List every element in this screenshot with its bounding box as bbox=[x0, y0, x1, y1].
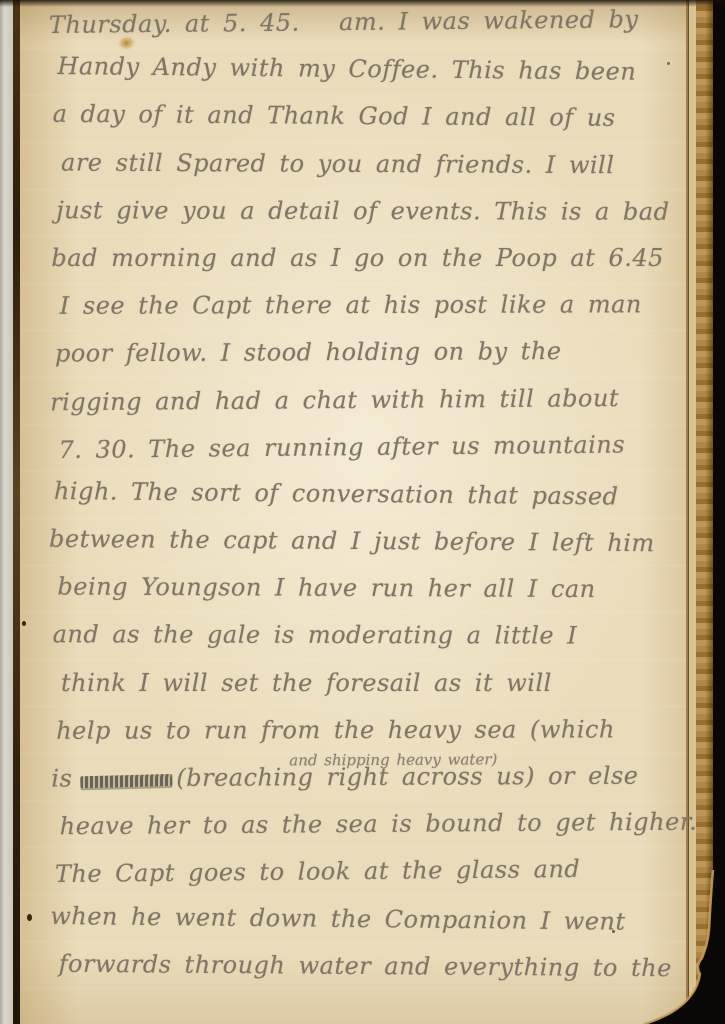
diary-line-text: Handy Andy with my Coffee. This has been bbox=[57, 52, 636, 86]
diary-line: forwards through water and everything to… bbox=[58, 949, 676, 1001]
diary-line-text: heave her to as the sea is bound to get … bbox=[60, 808, 698, 841]
diary-line-text: forwards through water and everything to… bbox=[59, 949, 672, 981]
diary-line-text: just give you a detail of events. This i… bbox=[56, 196, 669, 225]
diary-line-text: poor fellow. I stood holding on by the bbox=[55, 337, 562, 367]
diary-text: Thursday. at 5. 45. am. I was wakened by… bbox=[55, 8, 673, 999]
diary-line: Handy Andy with my Coffee. This has been bbox=[57, 52, 675, 105]
diary-line: are still Spared to you and friends. I w… bbox=[61, 148, 679, 198]
diary-line-text: think I will set the foresail as it will bbox=[61, 669, 552, 697]
binding-seam bbox=[13, 0, 20, 1024]
diary-line: just give you a detail of events. This i… bbox=[56, 196, 674, 245]
diary-line-text: The Capt goes to look at the glass and bbox=[55, 855, 581, 888]
diary-line: think I will set the foresail as it will bbox=[61, 669, 679, 716]
diary-line-text: being Youngson I have run her all I can bbox=[57, 573, 595, 604]
diary-line: I see the Capt there at his post like a … bbox=[60, 290, 678, 339]
diary-line: Thursday. at 5. 45. am. I was wakened by bbox=[49, 5, 667, 58]
diary-line-text: between the capt and I just before I lef… bbox=[49, 525, 655, 557]
diary-line-text: 7. 30. The sea running after us mountain… bbox=[58, 430, 625, 464]
diary-line-text: rigging and had a chat with him till abo… bbox=[50, 384, 619, 416]
diary-line-text: is bbox=[51, 764, 72, 792]
paper-speck bbox=[27, 914, 32, 921]
diary-line-text: and as the gale is moderating a little I bbox=[53, 621, 578, 650]
diary-line: rigging and had a chat with him till abo… bbox=[50, 383, 668, 435]
diary-line: heave her to as the sea is bound to get … bbox=[60, 808, 678, 860]
diary-line-text: help us to run from the heavy sea (which bbox=[56, 715, 615, 744]
diary-line: between the capt and I just before I lef… bbox=[49, 525, 667, 577]
diary-line: poor fellow. I stood holding on by the bbox=[55, 337, 673, 387]
diary-line-text: bad morning and as I go on the Poop at 6… bbox=[51, 244, 664, 272]
diary-line: being Youngson I have run her all I can bbox=[57, 573, 675, 623]
diary-line: a day of it and Thank God I and all of u… bbox=[52, 100, 670, 152]
diary-page-photo: Thursday. at 5. 45. am. I was wakened by… bbox=[0, 0, 725, 1024]
diary-line-text: high. The sort of conversation that pass… bbox=[54, 477, 619, 511]
diary-line: when he went down the Companion I went bbox=[50, 902, 668, 955]
scribbled-out-word bbox=[80, 774, 172, 788]
diary-line: and as the gale is moderating a little I bbox=[53, 621, 671, 670]
paper-speck bbox=[22, 621, 26, 626]
diary-line: high. The sort of conversation that pass… bbox=[54, 477, 672, 530]
diary-line-text: when he went down the Companion I went bbox=[50, 902, 626, 936]
diary-line: bad morning and as I go on the Poop at 6… bbox=[51, 244, 669, 291]
diary-line: 7. 30. The sea running after us mountain… bbox=[58, 430, 676, 483]
diary-line-text: I see the Capt there at his post like a … bbox=[60, 290, 642, 319]
interline-insertion: and shipping heavy water) bbox=[289, 750, 497, 769]
diary-line: The Capt goes to look at the glass and bbox=[55, 854, 673, 907]
diary-line: and shipping heavy water)is(breaching ri… bbox=[51, 761, 669, 811]
diary-line-text: a day of it and Thank God I and all of u… bbox=[53, 100, 616, 132]
diary-line-text: Thursday. at 5. 45. am. I was wakened by bbox=[49, 5, 639, 39]
photo-left-margin bbox=[0, 0, 13, 1024]
diary-line-text: are still Spared to you and friends. I w… bbox=[61, 148, 615, 179]
